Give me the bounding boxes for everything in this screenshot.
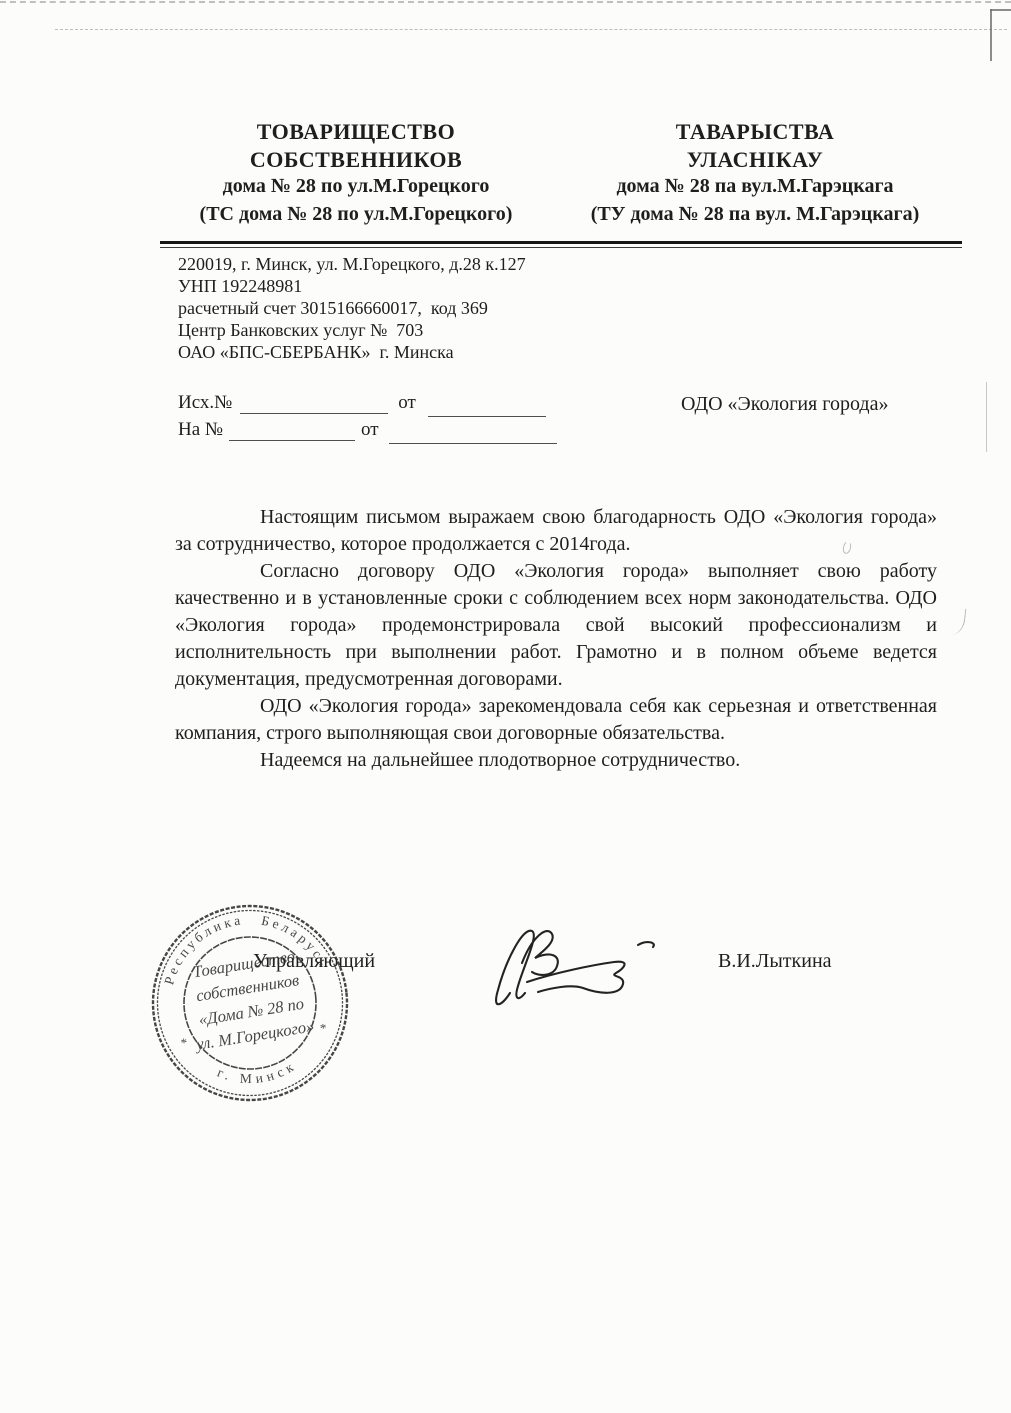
scan-artifact-second-line (55, 29, 1007, 30)
scan-artifact-right-edge (986, 382, 987, 452)
scan-artifact-corner-vertical (990, 9, 992, 61)
letterhead-divider-rule (160, 241, 962, 248)
requisites-bank-name: ОАО «БПС-СБЕРБАНК» г. Минска (178, 341, 526, 363)
incoming-number-label: На № (178, 419, 223, 441)
org-short-name: (ТС дома № 28 по ул.М.Горецкого) (170, 201, 542, 229)
outgoing-number-blank (240, 392, 388, 414)
incoming-from-label: от (361, 419, 379, 441)
svg-text:Республика Беларусь: Республика Беларусь (155, 903, 333, 988)
org-name-line1: ТОВАРИЩЕСТВО (170, 118, 542, 146)
outgoing-date-blank (428, 395, 546, 417)
stamp-ring-bottom-text: г. Минск (214, 1056, 301, 1090)
letterhead-belarusian: ТАВАРЫСТВА УЛАСНІКАУ дома № 28 па вул.М.… (564, 118, 946, 228)
incoming-date-blank (389, 422, 557, 444)
org-address-line: дома № 28 па вул.М.Гарэцкага (564, 173, 946, 201)
requisites-block: 220019, г. Минск, ул. М.Горецкого, д.28 … (178, 253, 526, 363)
requisites-address: 220019, г. Минск, ул. М.Горецкого, д.28 … (178, 253, 526, 275)
svg-text:г. Минск: г. Минск (214, 1056, 301, 1090)
org-name-line2: УЛАСНІКАУ (564, 146, 946, 174)
requisites-unp: УНП 192248981 (178, 275, 526, 297)
handwritten-signature (472, 903, 677, 1018)
signer-name: В.И.Лыткина (718, 950, 832, 973)
org-name-line1: ТАВАРЫСТВА (564, 118, 946, 146)
round-seal-stamp: Республика Беларусь г. Минск * * Товарищ… (148, 901, 352, 1105)
scan-artifact-corner-horizontal (990, 9, 1011, 11)
stamp-side-mark-right: * (319, 1020, 327, 1036)
paragraph-reputation: ОДО «Экология города» зарекомендовала се… (175, 693, 937, 747)
paragraph-closing: Надеемся на дальнейшее плодотворное сотр… (175, 747, 937, 774)
scanned-letter-page: ТОВАРИЩЕСТВО СОБСТВЕННИКОВ дома № 28 по … (0, 0, 1011, 1413)
incoming-number-row: На № от (178, 419, 557, 441)
org-name-line2: СОБСТВЕННИКОВ (170, 146, 542, 174)
letter-body: Настоящим письмом выражаем свою благодар… (175, 504, 937, 774)
letterhead-russian: ТОВАРИЩЕСТВО СОБСТВЕННИКОВ дома № 28 по … (170, 118, 542, 228)
outgoing-number-label: Исх.№ (178, 392, 232, 414)
scan-artifact-curve (952, 607, 967, 635)
requisites-account: расчетный счет 3015166660017, код 369 (178, 297, 526, 319)
org-short-name: (ТУ дома № 28 па вул. М.Гарэцкага) (564, 201, 946, 229)
requisites-bank-center: Центр Банковских услуг № 703 (178, 319, 526, 341)
paragraph-gratitude: Настоящим письмом выражаем свою благодар… (175, 504, 937, 558)
outgoing-from-label: от (398, 392, 416, 414)
incoming-number-blank (229, 419, 355, 441)
org-address-line: дома № 28 по ул.М.Горецкого (170, 173, 542, 201)
outgoing-number-row: Исх.№ от (178, 392, 546, 414)
stamp-side-mark-left: * (180, 1035, 188, 1051)
scan-artifact-top-line (0, 1, 1011, 3)
paragraph-contract-quality: Согласно договору ОДО «Экология города» … (175, 558, 937, 693)
stamp-ring-top-text: Республика Беларусь (155, 903, 333, 988)
addressee: ОДО «Экология города» (681, 393, 888, 416)
